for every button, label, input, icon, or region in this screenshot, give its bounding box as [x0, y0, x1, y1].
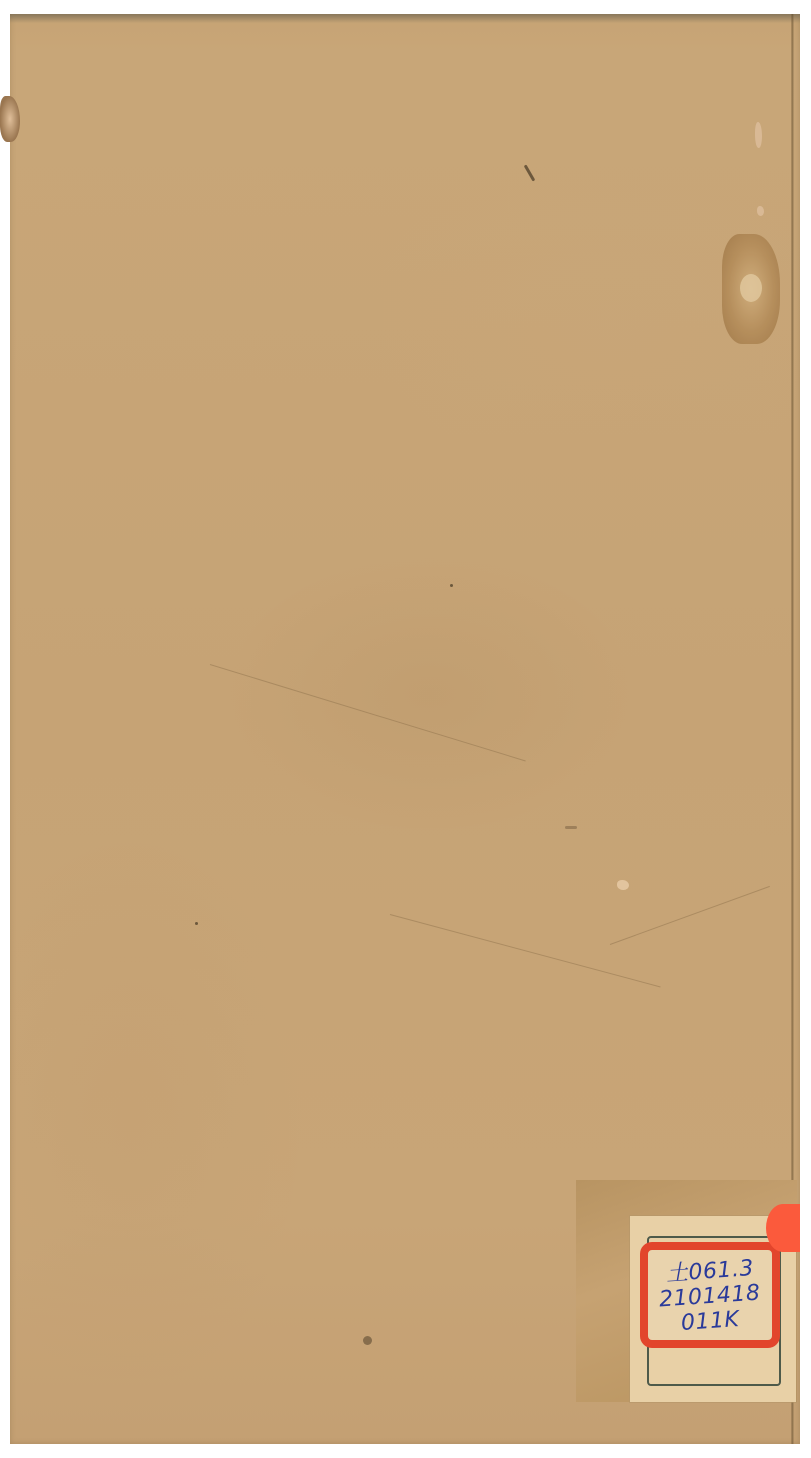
paper-crease — [610, 886, 770, 945]
surface-damage — [722, 234, 780, 344]
ink-mark — [524, 164, 536, 181]
paper-spot — [617, 880, 629, 890]
paper-crease — [210, 664, 526, 761]
speck — [195, 922, 198, 925]
cover-top-edge — [10, 14, 800, 23]
paper-tear — [755, 122, 762, 148]
speck — [450, 584, 453, 587]
red-sticker-dot — [766, 1204, 800, 1252]
paper-tear — [757, 206, 764, 216]
call-number-label: 土061.3 2101418 011K — [640, 1242, 780, 1348]
paper-crease — [390, 914, 661, 987]
call-number-line-3: 011K — [680, 1306, 740, 1335]
speck — [565, 826, 577, 829]
scanned-page: 土061.3 2101418 011K — [0, 0, 811, 1458]
stain-spot — [363, 1336, 372, 1345]
edge-damage — [0, 96, 20, 142]
